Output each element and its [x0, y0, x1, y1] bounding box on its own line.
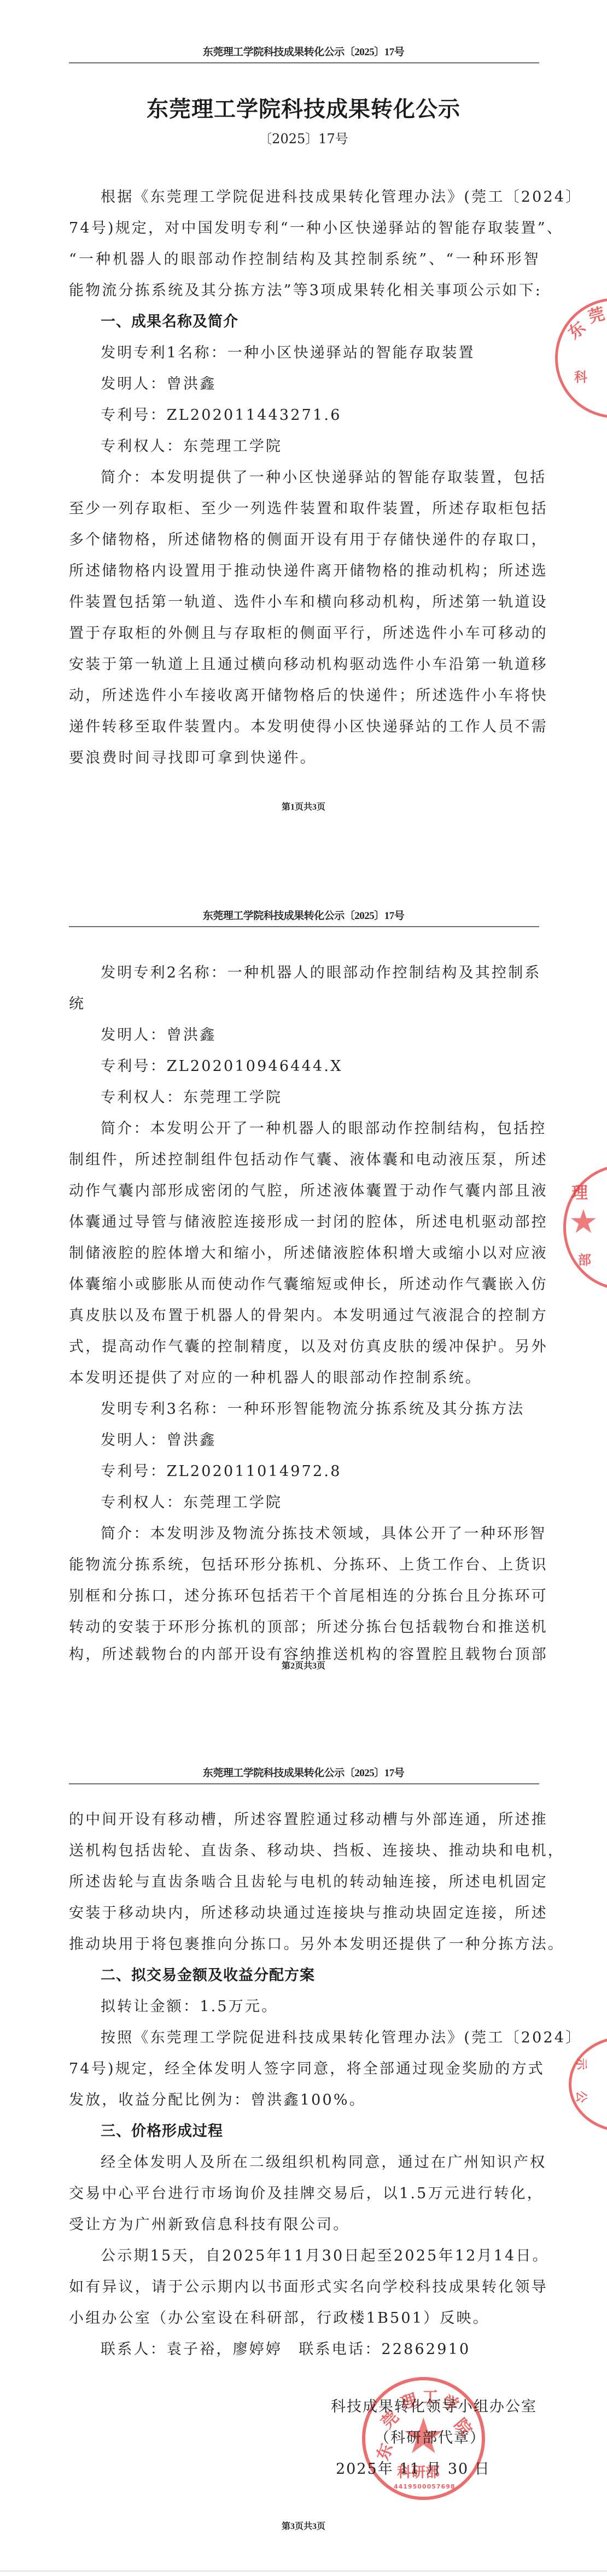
patent-1-number: 专利号：ZL202011443271.6: [101, 403, 342, 424]
seal-char: 部: [578, 1249, 591, 1268]
signature-office: 科技成果转化领导小组办公室: [331, 2394, 537, 2416]
running-header-page-1: 东莞理工学院科技成果转化公示〔2025〕17号: [0, 44, 607, 58]
patent-2-name-cont: 统: [69, 992, 85, 1013]
patent-1-summary-line: 安装于第一轨道上且通过横向移动机构驱动选件小车沿第一轨道移: [69, 652, 540, 674]
transfer-amount: 拟转让金额：1.5万元。: [101, 1994, 278, 2016]
patent-1-patentee: 专利权人：东莞理工学院: [101, 434, 282, 455]
patent-1-summary-line: 多个储物格，所述储物格的侧面开设有用于存储快递件的存取口，: [69, 528, 540, 549]
page-footer-2: 第2页共3页: [0, 1659, 607, 1671]
distribution-line: 发放，收益分配比例为：曾洪鑫100%。: [69, 2088, 366, 2109]
process-line: 受让方为广州新致信息科技有限公司。: [69, 2212, 349, 2234]
page-bottom-edge: [0, 2571, 607, 2572]
patent-3-summary-line: 推动块用于将包裹推向分拣口。另外本发明还提供了一种分拣方法。: [69, 1932, 540, 1953]
patent-1-summary-line: 所述储物格内设置用于推动快递件离开储物格的推动机构；所述选: [69, 559, 540, 580]
intro-line: 74号)规定，对中国发明专利“一种小区快递驿站的智能存取装置”、: [69, 216, 540, 237]
section-heading-3: 三、价格形成过程: [101, 2119, 223, 2140]
contact-line: 联系人：袁子裕，廖婷婷 联系电话：22862910: [101, 2337, 470, 2358]
patent-1-summary-line: 置于存取柜的外侧且与存取柜的侧面平行，所述选件小车可移动的: [69, 621, 540, 642]
patent-1-inventor: 发明人：曾洪鑫: [101, 372, 216, 393]
patent-3-summary-line: 所述齿轮与直齿条啮合且齿轮与电机的转动轴连接，所述电机固定: [69, 1870, 540, 1891]
notice-line: 如有异议，请于公示期内以书面形式实名向学校科技成果转化领导: [69, 2275, 540, 2296]
seal-char: 理: [571, 1179, 588, 1203]
signature-seal-note: （科研部代章）: [375, 2426, 486, 2447]
patent-2-number: 专利号：ZL202010946444.X: [101, 1054, 343, 1075]
patent-2-summary-line: 制储液腔的腔体增大和缩小，所述储液腔体积增大或缩小以对应液: [69, 1241, 540, 1262]
seal-fragment-page-1: 东 莞 科: [555, 298, 607, 418]
seal-star-icon: ★: [569, 1205, 598, 1238]
patent-3-summary-line: 的中间开设有移动槽，所述容置腔通过移动槽与外部连通，所述推: [69, 1807, 540, 1829]
patent-1-summary-line: 要浪费时间寻找即可拿到快递件。: [69, 746, 317, 767]
intro-line: 根据《东莞理工学院促进科技成果转化管理办法》(莞工〔2024〕: [101, 185, 540, 206]
patent-3-summary-line: 别框和分拣口，述分拣环包括若干个首尾相连的分拣台且分拣环可: [69, 1584, 540, 1605]
distribution-line: 按照《东莞理工学院促进科技成果转化管理办法》(莞工〔2024〕: [101, 2025, 540, 2047]
notice-line: 小组办公室（办公室设在科研部，行政楼1B501）反映。: [69, 2306, 489, 2327]
patent-3-summary-line: 安装于移动块内，所述移动块通过连接块与推动块固定连接，所述: [69, 1901, 540, 1922]
patent-2-summary-line: 简介：本发明公开了一种机器人的眼部动作控制结构，包括控: [101, 1116, 540, 1138]
seal-fragment-page-2: 理 ★ 部: [563, 1164, 607, 1290]
seal-char: 示: [574, 2058, 591, 2070]
patent-3-summary-line: 送机构包括齿轮、直齿条、移动块、挡板、连接块、推动块和电机，: [69, 1839, 540, 1860]
header-rule: [69, 1783, 539, 1784]
patent-2-summary-line: 动作气囊内部形成密闭的气腔，所述液体囊置于动作气囊内部且液: [69, 1179, 540, 1200]
seal-char: 东: [562, 315, 590, 344]
seal-char: 莞: [585, 300, 607, 327]
patent-3-name: 发明专利3名称：一种环形智能物流分拣系统及其分拣方法: [101, 1397, 524, 1418]
signature-date: 2025年 11 月 30 日: [336, 2457, 491, 2478]
page-footer-3: 第3页共3页: [0, 2519, 607, 2532]
intro-line: 能物流分拣系统及其分拣方法”等3项成果转化相关事项公示如下:: [69, 278, 540, 300]
patent-1-summary-line: 递件转移至取件装置内。本发明使得小区快递驿站的工作人员不需: [69, 715, 540, 736]
seal-char: 公: [574, 2091, 591, 2103]
document-number: 〔2025〕17号: [0, 128, 607, 147]
section-heading-2: 二、拟交易金额及收益分配方案: [101, 1963, 315, 1984]
patent-2-summary-line: 体囊缩小或膨胀从而使动作气囊缩短或伸长，所述动作气囊嵌入仿: [69, 1272, 540, 1293]
process-line: 经全体发明人及所在二级组织机构同意，通过在广州知识产权: [101, 2150, 540, 2171]
page-footer-1: 第1页共3页: [0, 800, 607, 812]
notice-line: 公示期15天，自2025年11月30日起至2025年12月14日。: [101, 2244, 540, 2265]
patent-2-summary-line: 真皮肤以及布置于机器人的骨架内。本发明通过气液混合的控制方: [69, 1303, 540, 1325]
running-header-page-3: 东莞理工学院科技成果转化公示〔2025〕17号: [0, 1765, 607, 1779]
patent-1-summary-line: 件装置包括第一轨道、选件小车和横向移动机构，所述第一轨道设: [69, 590, 540, 611]
patent-2-name: 发明专利2名称：一种机器人的眼部动作控制结构及其控制系: [101, 961, 540, 982]
patent-2-summary-line: 制组件，所述控制组件包括动作气囊、液体囊和电动液压泵，所述: [69, 1148, 540, 1169]
patent-1-summary-line: 动，所述选件小车接收离开储物格后的快递件；所述选件小车将快: [69, 683, 540, 705]
patent-3-summary-line: 简介：本发明涉及物流分拣技术领域，具体公开了一种环形智: [101, 1521, 540, 1543]
patent-2-patentee: 专利权人：东莞理工学院: [101, 1085, 282, 1106]
section-heading-1: 一、成果名称及简介: [101, 309, 238, 331]
patent-1-summary-line: 至少一列存取柜、至少一列选件装置和取件装置，所述存取柜包括: [69, 496, 540, 518]
patent-3-summary-line: 转动的安装于环形分拣机的顶部；所述分拣台包括载物台和推送机: [69, 1615, 540, 1636]
running-header-page-2: 东莞理工学院科技成果转化公示〔2025〕17号: [0, 908, 607, 922]
patent-3-summary-line: 能物流分拣系统，包括环形分拣机、分拣环、上货工作台、上货识: [69, 1553, 540, 1574]
header-rule: [69, 926, 539, 927]
seal-char: 科: [574, 366, 587, 385]
patent-2-summary-line: 式，提高动作气囊的控制精度，以及对仿真皮肤的缓冲保护。另外: [69, 1334, 540, 1356]
seal-code: 4419500057698: [394, 2483, 456, 2490]
seal-fragment-page-3: 示 公: [569, 2036, 607, 2132]
document-title: 东莞理工学院科技成果转化公示: [0, 92, 607, 123]
patent-2-inventor: 发明人：曾洪鑫: [101, 1023, 216, 1044]
patent-3-patentee: 专利权人：东莞理工学院: [101, 1490, 282, 1512]
intro-line: “一种机器人的眼部动作控制结构及其控制系统”、“一种环形智: [69, 247, 540, 268]
header-rule: [69, 62, 539, 63]
process-line: 交易中心平台进行市场询价及挂牌交易后，以1.5万元进行转化，: [69, 2181, 540, 2203]
patent-2-summary-line: 体囊通过导管与储液腔连接形成一封闭的腔体，所述电机驱动部控: [69, 1210, 540, 1231]
patent-2-summary-line: 本发明还提供了对应的一种机器人的眼部动作控制系统。: [69, 1366, 482, 1387]
patent-1-summary-line: 简介：本发明提供了一种小区快递驿站的智能存取装置，包括: [101, 465, 540, 487]
patent-3-inventor: 发明人：曾洪鑫: [101, 1428, 216, 1449]
patent-1-name: 发明专利1名称：一种小区快递驿站的智能存取装置: [101, 341, 475, 362]
patent-3-number: 专利号：ZL202011014972.8: [101, 1459, 342, 1480]
distribution-line: 74号)规定，经全体发明人签字同意，将全部通过现金奖励的方式: [69, 2057, 540, 2078]
